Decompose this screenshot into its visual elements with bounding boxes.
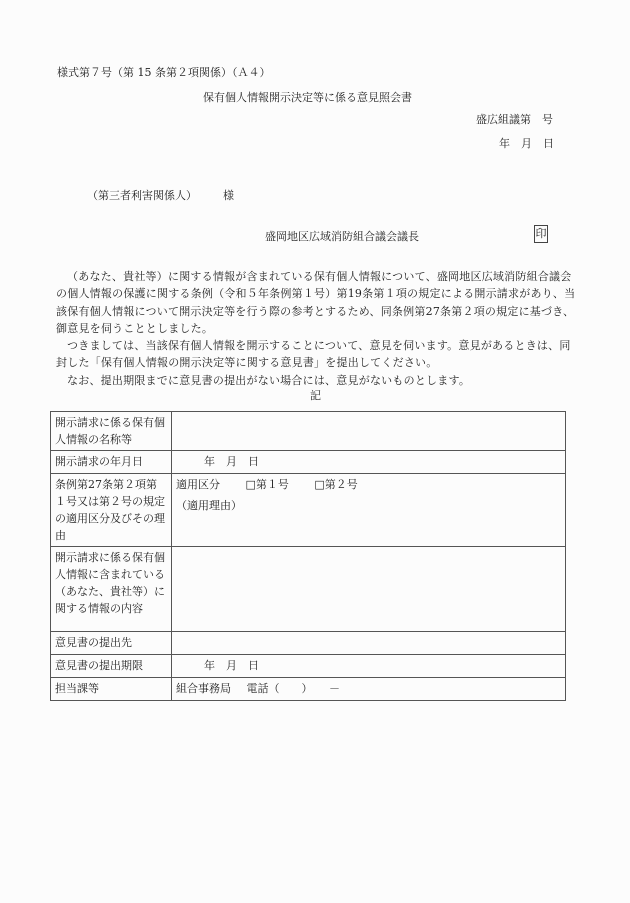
addressee-honorific: 様 <box>223 189 234 202</box>
table-row: 開示請求の年月日 年 月 日 <box>51 451 566 474</box>
body-paragraph: （あなた、貴社等）に関する情報が含まれている保有個人情報について、盛岡地区広域消… <box>56 268 578 337</box>
table-row: 担当課等 組合事務局 電話（ ） － <box>51 678 566 701</box>
row-label: 意見書の提出期限 <box>51 655 172 678</box>
table-row: 開示請求に係る保有個人情報に含まれている（あなた、貴社等）に関する情報の内容 <box>51 547 566 632</box>
contact-field[interactable]: 組合事務局 電話（ ） － <box>172 678 566 701</box>
category-field[interactable]: 適用区分 □第１号 □第２号 （適用理由） <box>172 474 566 547</box>
info-table: 開示請求に係る保有個人情報の名称等 開示請求の年月日 年 月 日 条例第27条第… <box>50 411 566 701</box>
document-number: 盛広組議第 号 <box>476 111 553 127</box>
ki-heading: 記 <box>310 387 321 403</box>
row-label: 条例第27条第２項第１号又は第２号の規定の適用区分及びその理由 <box>51 474 172 547</box>
body-text: （あなた、貴社等）に関する情報が含まれている保有個人情報について、盛岡地区広域消… <box>56 268 578 389</box>
table-row: 開示請求に係る保有個人情報の名称等 <box>51 412 566 451</box>
form-number: 様式第７号（第 15 条第２項関係）（Ａ４） <box>57 64 271 80</box>
body-paragraph: つきましては、当該保有個人情報を開示することについて、意見を伺います。意見がある… <box>56 337 578 372</box>
addressee: （第三者利害関係人）様 <box>87 187 234 203</box>
document-date: 年 月 日 <box>499 135 554 151</box>
row-label: 開示請求の年月日 <box>51 451 172 474</box>
row-label: 意見書の提出先 <box>51 632 172 655</box>
sender-name: 盛岡地区広域消防組合議会議長 <box>265 228 419 244</box>
reason-label: （適用理由） <box>176 497 561 514</box>
seal-stamp: 印 <box>534 225 548 243</box>
info-content-field[interactable] <box>172 547 566 632</box>
request-date-field[interactable]: 年 月 日 <box>172 451 566 474</box>
table-row: 意見書の提出先 <box>51 632 566 655</box>
table-row: 条例第27条第２項第１号又は第２号の規定の適用区分及びその理由 適用区分 □第１… <box>51 474 566 547</box>
submission-deadline-field[interactable]: 年 月 日 <box>172 655 566 678</box>
requested-info-name-field[interactable] <box>172 412 566 451</box>
phone-number: 電話（ ） － <box>247 682 341 695</box>
submission-destination-field[interactable] <box>172 632 566 655</box>
row-label: 開示請求に係る保有個人情報の名称等 <box>51 412 172 451</box>
document-title: 保有個人情報開示決定等に係る意見照会書 <box>203 89 412 105</box>
row-label: 開示請求に係る保有個人情報に含まれている（あなた、貴社等）に関する情報の内容 <box>51 547 172 632</box>
addressee-label: （第三者利害関係人） <box>87 189 197 202</box>
row-label: 担当課等 <box>51 678 172 701</box>
office-name: 組合事務局 <box>176 682 231 695</box>
option-2-checkbox[interactable]: □第２号 <box>314 478 357 491</box>
table-row: 意見書の提出期限 年 月 日 <box>51 655 566 678</box>
category-label: 適用区分 <box>176 478 220 491</box>
option-1-checkbox[interactable]: □第１号 <box>246 478 289 491</box>
